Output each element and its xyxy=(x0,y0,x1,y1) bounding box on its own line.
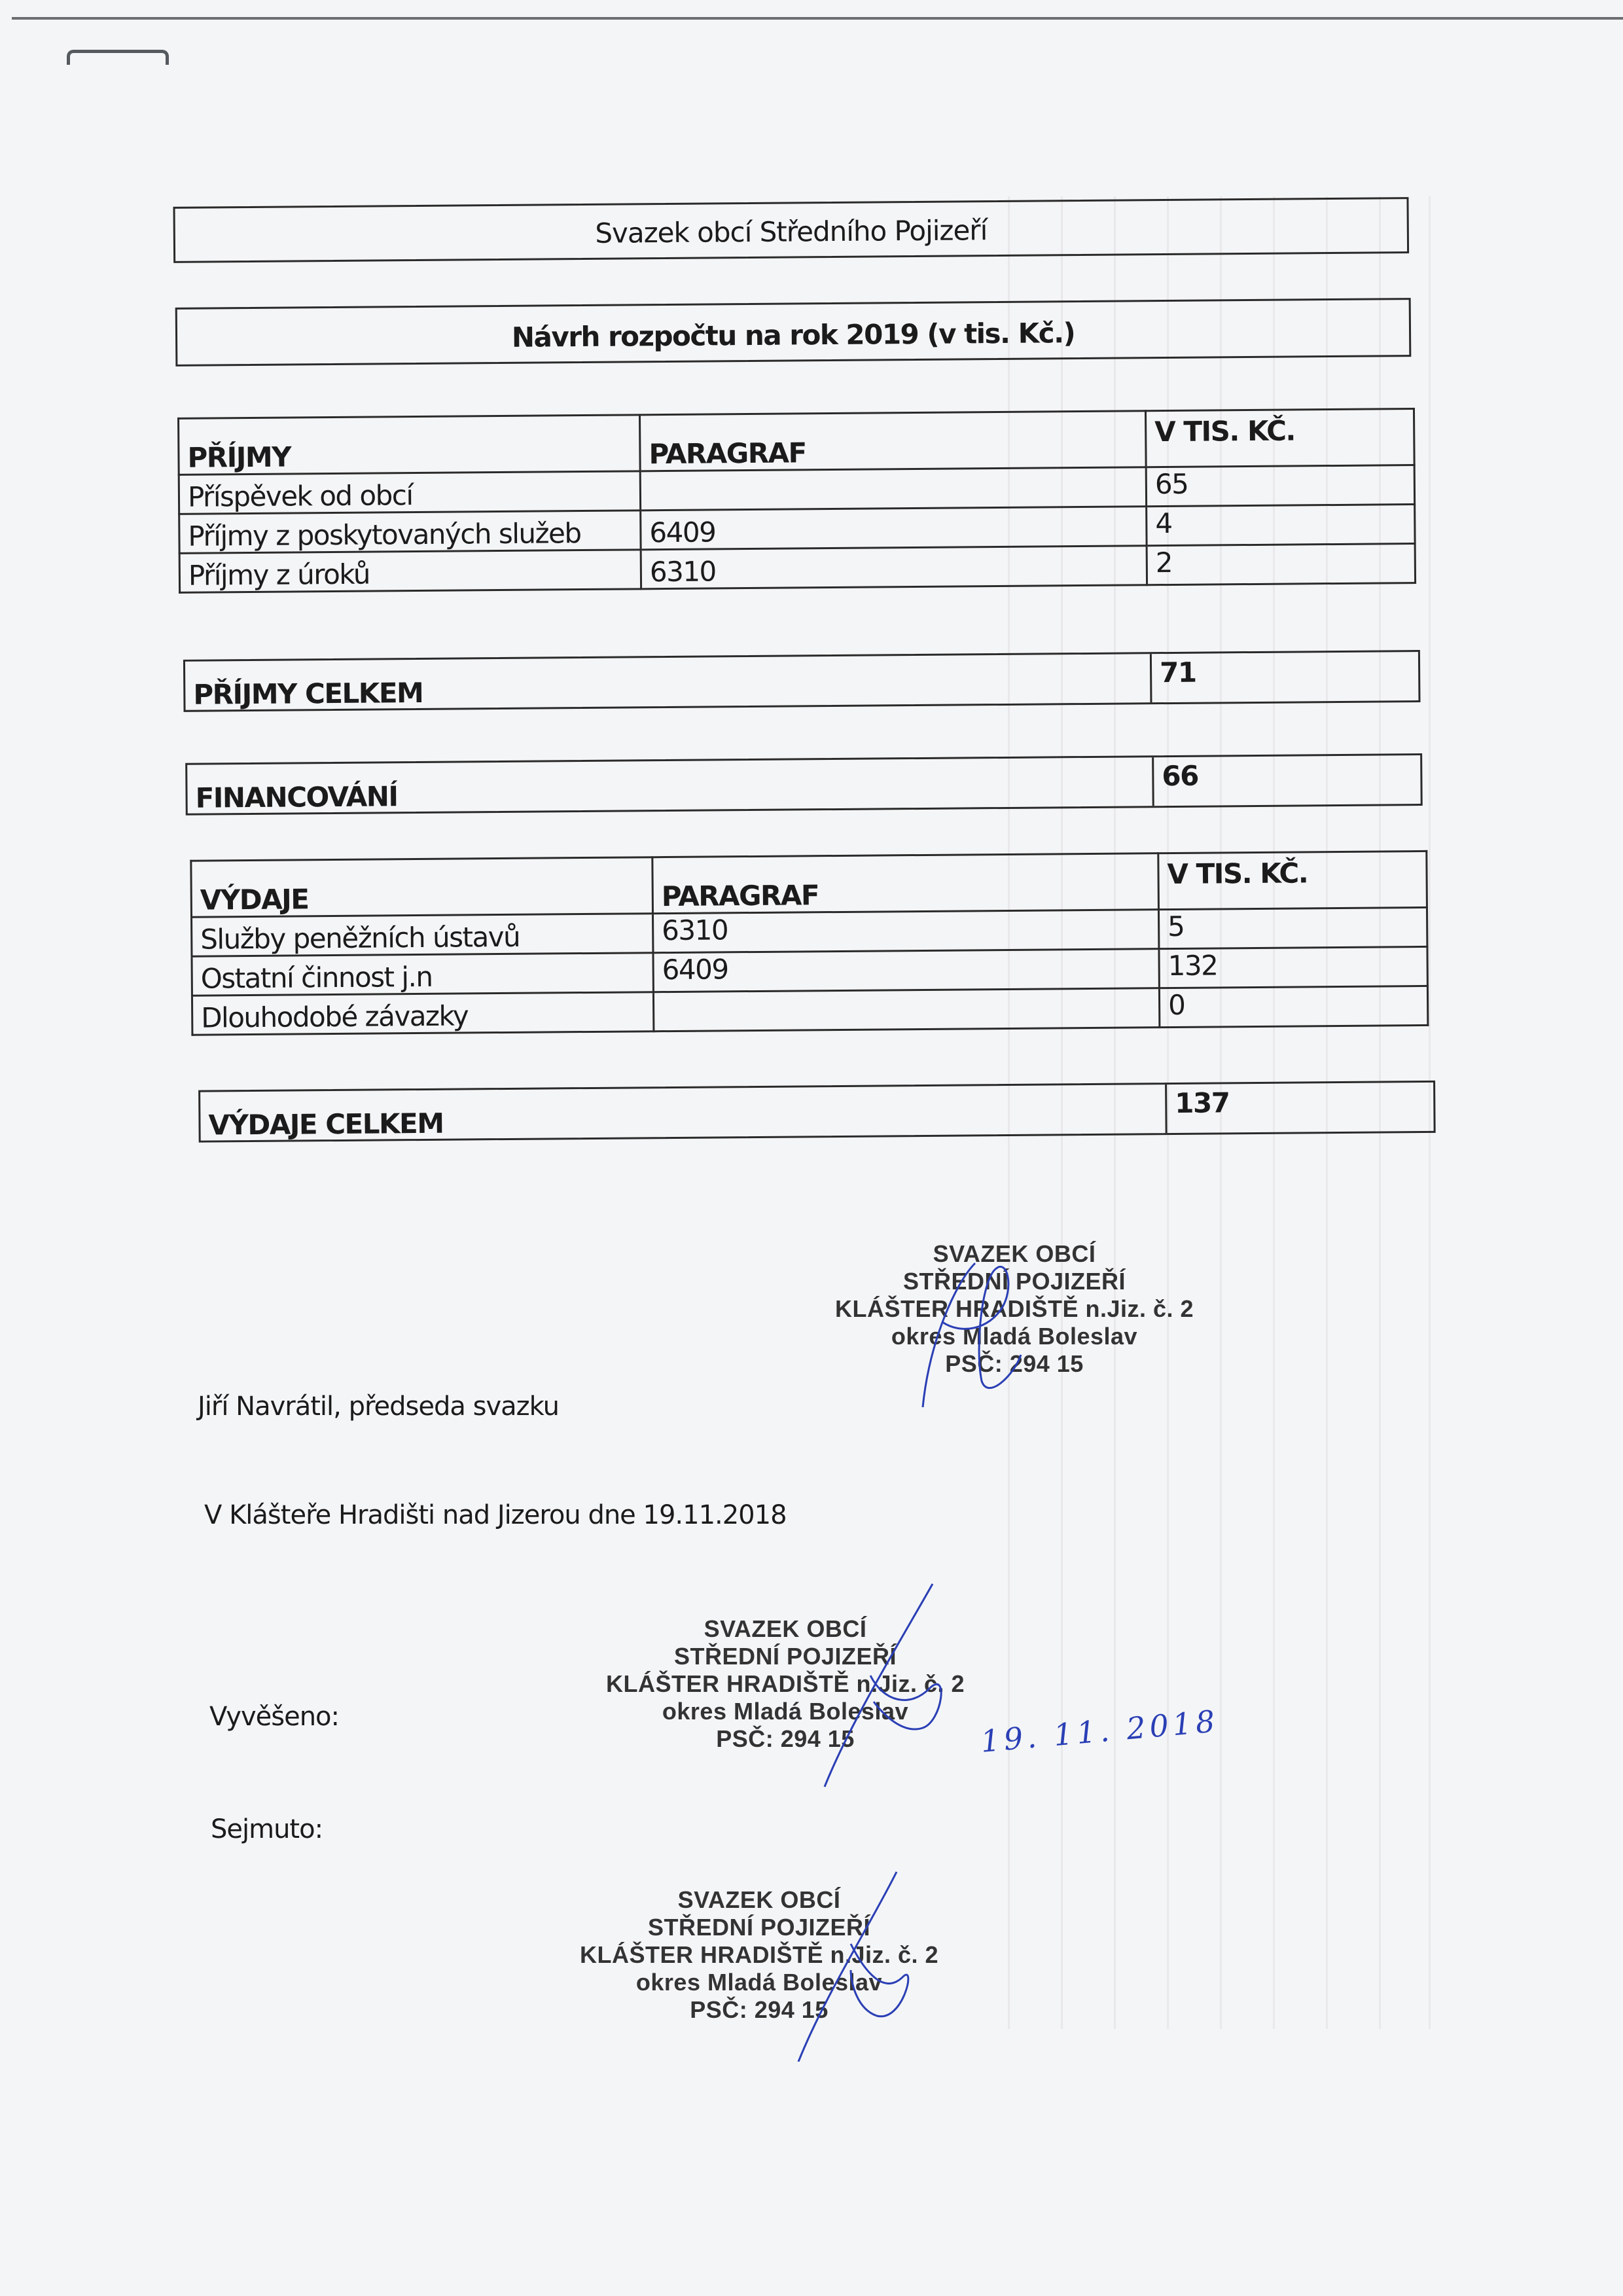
organization-stamp: SVAZEK OBCÍ STŘEDNÍ POJIZEŘÍ KLÁŠTER HRA… xyxy=(537,1886,982,2024)
column-header-amount: V TIS. KČ. xyxy=(1145,409,1414,467)
stamp-line: SVAZEK OBCÍ xyxy=(537,1886,982,1914)
paragraph-cell: 6310 xyxy=(641,546,1147,589)
stamp-line: STŘEDNÍ POJIZEŘÍ xyxy=(772,1268,1257,1295)
expense-table: VÝDAJE PARAGRAF V TIS. KČ. Služby peněžn… xyxy=(190,850,1429,1036)
item-cell: Služby peněžních ústavů xyxy=(192,914,653,957)
expense-total-value: 137 xyxy=(1165,1083,1434,1133)
stamp-line: SVAZEK OBCÍ xyxy=(772,1240,1257,1268)
stamp-line: SVAZEK OBCÍ xyxy=(563,1615,1008,1643)
income-total-label: PŘÍJMY CELKEM xyxy=(185,654,1150,710)
income-total-row: PŘÍJMY CELKEM 71 xyxy=(183,650,1421,712)
column-header-paragraph: PARAGRAF xyxy=(640,411,1147,471)
financing-value: 66 xyxy=(1152,755,1421,806)
item-cell: Ostatní činnost j.n xyxy=(192,953,653,996)
removed-label: Sejmuto: xyxy=(211,1814,323,1844)
stamp-line: PSČ: 294 15 xyxy=(772,1350,1257,1378)
item-cell: Příspěvek od obcí xyxy=(179,471,640,514)
expense-total-label: VÝDAJE CELKEM xyxy=(200,1085,1166,1141)
table-header-row: VÝDAJE PARAGRAF V TIS. KČ. xyxy=(191,851,1427,917)
paragraph-cell: 6409 xyxy=(641,507,1147,550)
income-table: PŘÍJMY PARAGRAF V TIS. KČ. Příspěvek od … xyxy=(177,408,1416,594)
paragraph-cell: 6310 xyxy=(652,910,1158,953)
paragraph-cell xyxy=(653,988,1159,1031)
item-cell: Příjmy z poskytovaných služeb xyxy=(179,511,641,554)
amount-cell: 5 xyxy=(1158,907,1427,948)
table-header-row: PŘÍJMY PARAGRAF V TIS. KČ. xyxy=(179,409,1415,475)
stamp-line: PSČ: 294 15 xyxy=(563,1725,1008,1753)
amount-cell: 65 xyxy=(1146,465,1414,507)
column-header-item: VÝDAJE xyxy=(191,857,653,918)
column-header-paragraph: PARAGRAF xyxy=(652,853,1159,914)
stamp-line: KLÁŠTER HRADIŠTĚ n.Jiz. č. 2 xyxy=(537,1941,982,1969)
paragraph-cell: 6409 xyxy=(653,949,1159,992)
amount-cell: 132 xyxy=(1159,946,1427,988)
organization-stamp: SVAZEK OBCÍ STŘEDNÍ POJIZEŘÍ KLÁŠTER HRA… xyxy=(772,1240,1257,1378)
stamp-line: okres Mladá Boleslav xyxy=(772,1323,1257,1350)
stamp-line: okres Mladá Boleslav xyxy=(537,1969,982,1996)
paragraph-cell xyxy=(640,467,1146,511)
organization-stamp: SVAZEK OBCÍ STŘEDNÍ POJIZEŘÍ KLÁŠTER HRA… xyxy=(563,1615,1008,1753)
column-header-amount: V TIS. KČ. xyxy=(1158,851,1427,909)
financing-row: FINANCOVÁNÍ 66 xyxy=(185,753,1423,816)
stamp-line: STŘEDNÍ POJIZEŘÍ xyxy=(563,1643,1008,1670)
column-header-item: PŘÍJMY xyxy=(179,415,641,475)
amount-cell: 0 xyxy=(1159,986,1427,1027)
place-and-date: V Klášteře Hradišti nad Jizerou dne 19.1… xyxy=(204,1500,787,1530)
chairman-name: Jiří Navrátil, předseda svazku xyxy=(198,1391,559,1422)
expense-total-row: VÝDAJE CELKEM 137 xyxy=(198,1081,1436,1143)
item-cell: Dlouhodobé závazky xyxy=(192,992,653,1035)
stamp-line: KLÁŠTER HRADIŠTĚ n.Jiz. č. 2 xyxy=(563,1670,1008,1698)
item-cell: Příjmy z úroků xyxy=(179,550,641,593)
stamp-line: KLÁŠTER HRADIŠTĚ n.Jiz. č. 2 xyxy=(772,1295,1257,1323)
financing-label: FINANCOVÁNÍ xyxy=(187,757,1152,814)
organization-title: Svazek obcí Středního Pojizeří xyxy=(173,197,1409,263)
stamp-line: PSČ: 294 15 xyxy=(537,1996,982,2024)
amount-cell: 2 xyxy=(1147,544,1415,585)
stamp-line: STŘEDNÍ POJIZEŘÍ xyxy=(537,1914,982,1941)
stamp-line: okres Mladá Boleslav xyxy=(563,1698,1008,1725)
amount-cell: 4 xyxy=(1147,505,1415,546)
budget-title: Návrh rozpočtu na rok 2019 (v tis. Kč.) xyxy=(175,298,1412,367)
income-total-value: 71 xyxy=(1150,652,1419,702)
posted-label: Vyvěšeno: xyxy=(209,1702,339,1732)
